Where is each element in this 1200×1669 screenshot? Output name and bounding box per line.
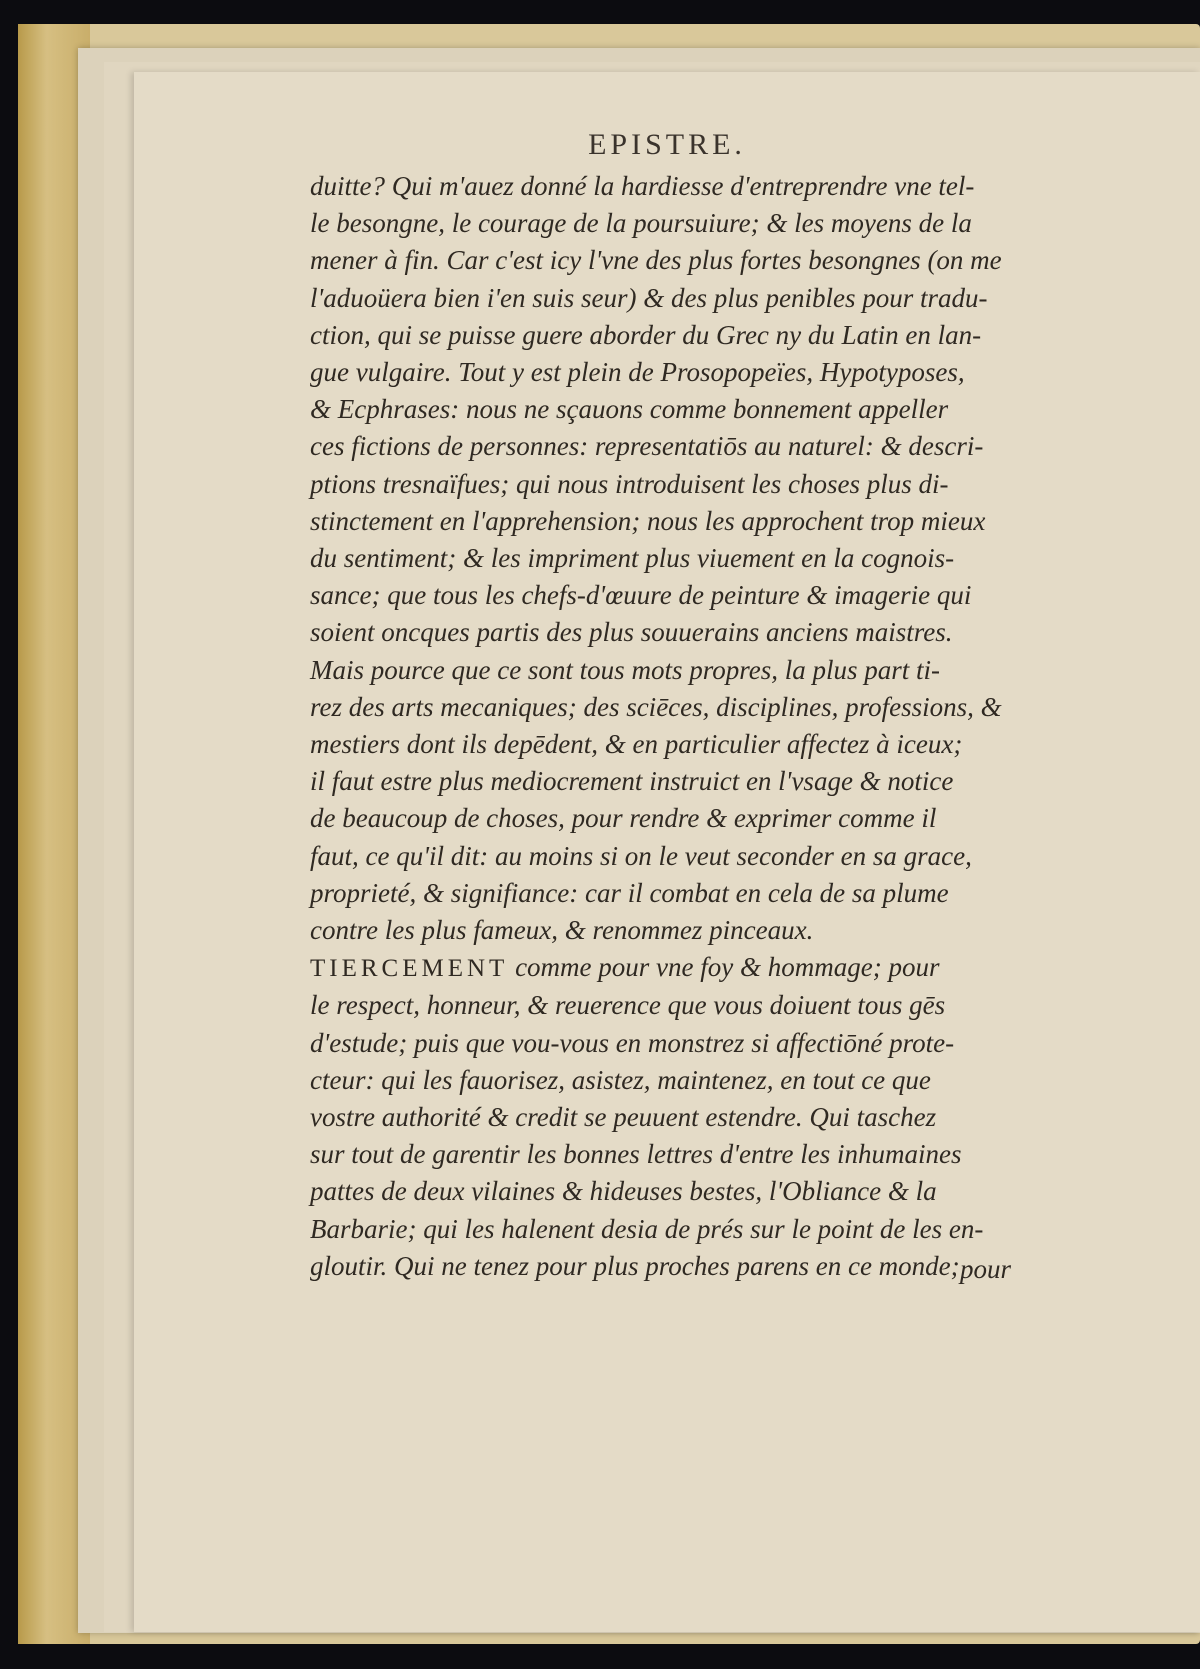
page: EPISTRE. duitte? Qui m'auez donné la har… bbox=[134, 72, 1200, 1632]
text-line: du sentiment; & les impriment plus viuem… bbox=[310, 540, 1030, 577]
small-caps-lead: TIERCEMENT bbox=[310, 955, 508, 982]
text-line: faut, ce qu'il dit: au moins si on le ve… bbox=[310, 838, 1030, 875]
text-line: ptions tresnaïfues; qui nous introduisen… bbox=[310, 466, 1030, 503]
text-line: d'estude; puis que vou-vous en monstrez … bbox=[310, 1025, 1030, 1062]
text-line: gloutir. Qui ne tenez pour plus proches … bbox=[310, 1248, 1030, 1285]
text-line: vostre authorité & credit se peuuent est… bbox=[310, 1099, 1030, 1136]
running-head: EPISTRE. bbox=[134, 128, 1200, 162]
catchword: pour bbox=[960, 1254, 1011, 1285]
text-fragment: comme pour vne foy & hommage; pour bbox=[515, 952, 939, 982]
body-text: duitte? Qui m'auez donné la hardiesse d'… bbox=[310, 168, 1030, 1285]
text-line: ces fictions de personnes: representatiō… bbox=[310, 428, 1030, 465]
text-line: soient oncques partis des plus souuerain… bbox=[310, 614, 1030, 651]
text-line: le respect, honneur, & reuerence que vou… bbox=[310, 987, 1030, 1024]
text-line: pattes de deux vilaines & hideuses beste… bbox=[310, 1173, 1030, 1210]
text-line: ction, qui se puisse guere aborder du Gr… bbox=[310, 317, 1030, 354]
text-line: Barbarie; qui les halenent desia de prés… bbox=[310, 1211, 1030, 1248]
text-line: sance; que tous les chefs-d'œuure de pei… bbox=[310, 577, 1030, 614]
text-line: contre les plus fameux, & renommez pince… bbox=[310, 912, 1030, 949]
text-line: gue vulgaire. Tout y est plein de Prosop… bbox=[310, 354, 1030, 391]
text-line: proprieté, & signifiance: car il combat … bbox=[310, 875, 1030, 912]
text-line: l'aduoüera bien i'en suis seur) & des pl… bbox=[310, 280, 1030, 317]
text-line: rez des arts mecaniques; des sciēces, di… bbox=[310, 689, 1030, 726]
text-line: duitte? Qui m'auez donné la hardiesse d'… bbox=[310, 168, 1030, 205]
text-line: Mais pource que ce sont tous mots propre… bbox=[310, 652, 1030, 689]
text-line: le besongne, le courage de la poursuiure… bbox=[310, 205, 1030, 242]
text-line: & Ecphrases: nous ne sçauons comme bonne… bbox=[310, 391, 1030, 428]
text-line: TIERCEMENT comme pour vne foy & hommage;… bbox=[310, 949, 1030, 987]
text-line: de beaucoup de choses, pour rendre & exp… bbox=[310, 800, 1030, 837]
text-line: stinctement en l'apprehension; nous les … bbox=[310, 503, 1030, 540]
text-line: il faut estre plus mediocrement instruic… bbox=[310, 763, 1030, 800]
text-line: sur tout de garentir les bonnes lettres … bbox=[310, 1136, 1030, 1173]
text-line: mestiers dont ils depēdent, & en particu… bbox=[310, 726, 1030, 763]
text-line: cteur: qui les fauorisez, asistez, maint… bbox=[310, 1062, 1030, 1099]
text-line: mener à fin. Car c'est icy l'vne des plu… bbox=[310, 242, 1030, 279]
